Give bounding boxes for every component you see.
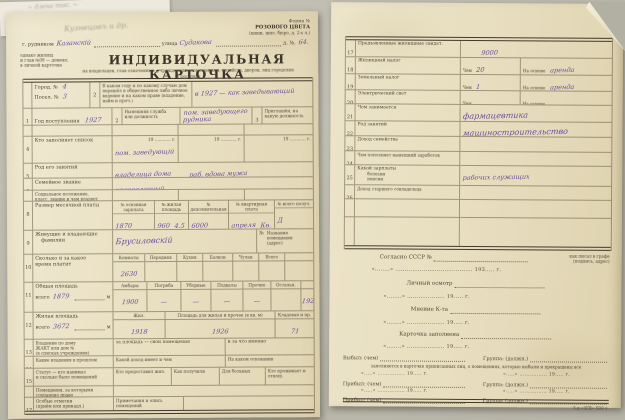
- side-note: однако жилищ и глав №09 — домовл. в личн…: [20, 52, 82, 67]
- field-label-cell: Электрический свет: [356, 90, 461, 104]
- field-label-cell: Помещения, за которыми сохранено право: [34, 386, 114, 396]
- row-number-cell: 21: [346, 104, 356, 120]
- handwritten-value: Брусиловскій: [115, 236, 173, 247]
- field-label-cell: и за что именно: [226, 338, 314, 354]
- handwritten-value: пом. заведующего рудника: [183, 108, 251, 124]
- payment-col: № квартирная плата апреля Кв.: [229, 200, 275, 228]
- row-number-cell: [345, 199, 355, 216]
- field-label-cell: Земельный налог: [356, 74, 461, 90]
- payment-col: № всего получ. Д: [275, 200, 313, 228]
- year-entered-cell: Год поступления 1927: [32, 108, 112, 124]
- city-settlement-cell: Город. №4 Посел. №3: [32, 82, 90, 107]
- movement-note: заполняется в карточке приписанных лиц, …: [343, 363, 609, 370]
- table-row: 11 Общая площадь всего 1879 м Амбары Пог…: [24, 281, 313, 313]
- row-number-cell: 23: [345, 136, 355, 150]
- scanned-document-scene: ~ длена тыс. ~ Кузнецовъ и др. г. рудник…: [0, 0, 625, 420]
- row-number-cell: 17: [25, 398, 34, 411]
- handwritten-value: 1: [476, 84, 481, 90]
- handwritten-cell: православный: [113, 177, 313, 189]
- handwritten-value: 1927: [84, 117, 101, 125]
- committee-opinion-line: Мнение К-та: [343, 306, 609, 315]
- table-row: 15 Статус — кто нанимал и сколько было п…: [25, 367, 314, 387]
- row-number-cell: 8: [24, 202, 33, 230]
- handwritten-value: фармацевтика: [463, 112, 529, 122]
- empty-cell: [355, 199, 460, 217]
- handwritten-value: аренда: [550, 84, 575, 91]
- info-column-cell: 19 ............ г.: [245, 135, 313, 161]
- handwritten-value: Д: [277, 217, 283, 224]
- handwritten-cell: пом. заведующего рудника: [180, 108, 252, 124]
- handwritten-value: 20: [476, 67, 485, 74]
- column-header: СВЕДЕНИЯ: [179, 125, 245, 135]
- signature-section: Согласно СССР № как писал в графе (подпи…: [343, 254, 610, 406]
- handwritten-value: аренда: [550, 67, 575, 75]
- area-subtable: Амбары Погреба Уборные Подвалы Прочие Ос…: [113, 281, 313, 311]
- handwritten-value: 960: [157, 223, 170, 229]
- field-label-cell: Чем пополняет нынешний заработок: [355, 151, 460, 165]
- table-row: 18 Жилищный налог Чем 20 На основе аренд…: [346, 57, 612, 76]
- row-number-cell: 6: [24, 179, 33, 190]
- handwritten-value: 1870: [115, 223, 132, 230]
- handwritten-cell: Брусиловскій: [113, 230, 257, 254]
- handwritten-value: 1926: [212, 328, 229, 336]
- date-blank: «.....» ................ 19..... г.: [361, 371, 428, 376]
- signature-note: как писал в графе (подпись, адрес): [540, 253, 610, 263]
- field-label-cell: Какой зарплаты болезни пенсии: [355, 165, 460, 185]
- column-header: Кто предоставил жил.: [114, 368, 172, 385]
- field-label-cell: Социальное положение, класс, звание и че…: [33, 190, 113, 200]
- row-number-cell: 11: [24, 283, 33, 312]
- card-page-back: 17 Предъявленные жилищные свидет. 9000 1…: [329, 2, 623, 408]
- empty-cell: [114, 385, 314, 396]
- table-row: 23 Доход семейства: [345, 136, 611, 153]
- payment-col: № основная зарплата 1870: [113, 201, 155, 229]
- row-number-cell: 2: [90, 82, 100, 107]
- row-number-cell: 3: [252, 107, 262, 123]
- handwritten-value: 1918: [131, 329, 148, 337]
- printer-mark: З-д «ЗГВ» 500 т.: [573, 406, 609, 411]
- field-label: Год поступления: [34, 118, 79, 124]
- column-header: Как получили: [172, 368, 220, 385]
- ussr-agree-line: Согласно СССР №: [380, 254, 530, 262]
- row-number-cell: 18: [346, 57, 356, 73]
- table-row: 25 Какой зарплаты болезни пенсии рабочих…: [345, 165, 611, 187]
- house-label: д. №.: [283, 40, 296, 46]
- field-label-cell: Статус — кто нанимал и сколько было поме…: [34, 368, 114, 385]
- table-row: 4 Кто заполняет список 19 ............ г…: [24, 135, 313, 164]
- table-row: 17 Предъявленные жилищные свидет. 9000: [346, 40, 612, 59]
- pencil-scribble: Кузнецовъ и др.: [64, 21, 129, 34]
- handwritten-cell: машиностроительство: [460, 122, 611, 137]
- field-label-cell: Доход семейства: [355, 136, 460, 151]
- field-label-cell: за площадь — свои помещения: [114, 339, 226, 356]
- handwritten-value: 1926: [301, 298, 313, 306]
- table-row: 12 Жилая площадь всего 3672 м Жил. Площа…: [25, 311, 314, 340]
- field-label-cell: Доход старшего совладельца: [355, 185, 460, 199]
- handwritten-value: 4: [62, 83, 67, 90]
- date-blank: «.....» ................ 19..... г.: [503, 372, 570, 377]
- living-subtable: Жил. Площадь для жилья и прочее (в кв. м…: [114, 311, 314, 338]
- row-number-cell: [345, 217, 355, 245]
- handwritten-cell: 9000: [461, 41, 612, 58]
- field-label-cell: Общая площадь всего 1879 м: [33, 282, 113, 311]
- field-label: Посел. №: [34, 95, 58, 101]
- field-label-cell: Особые отметки (приём или принадл.): [34, 397, 114, 410]
- dotted-leader: [94, 40, 160, 47]
- departed-line: Выбыл: (чем): [343, 354, 467, 362]
- value-cell: На основе аренда: [521, 75, 612, 91]
- payment-col: № жилая площадь 960 4.5: [155, 201, 189, 229]
- row-number-cell: 22: [345, 121, 355, 135]
- back-table: 17 Предъявленные жилищные свидет. 9000 1…: [344, 36, 613, 251]
- handwritten-value: 6000: [191, 222, 208, 229]
- date-blank: «........» .................... 19..... …: [383, 319, 470, 326]
- handwritten-value: пом. заведующій: [115, 148, 175, 157]
- card-page-front: Кузнецовъ и др. г. рудником Казанскій ул…: [6, 11, 320, 419]
- dotted-leader: [216, 40, 282, 47]
- header-line: г. рудником Казанскій улица Судакова д. …: [22, 39, 310, 48]
- sub-note-cell: № Название помещения (адрес): [257, 229, 313, 252]
- handwritten-value: 1900: [122, 299, 139, 307]
- handwritten-value: 3672: [53, 323, 70, 331]
- date-blank: «........» .................... 19..... …: [383, 343, 470, 350]
- field-label-cell: Приглашён, на какую должность: [262, 107, 312, 123]
- field-label-cell: Род его занятий: [33, 163, 113, 177]
- empty-cell: [460, 152, 611, 166]
- form-number-box: Форма № РОЗОВОГО ЦВЕТА (книж. жил. бюро,…: [224, 19, 310, 36]
- row-number-cell: 1: [23, 109, 32, 125]
- payment-col: № дополнительная 6000: [189, 201, 229, 229]
- field-label-cell: Предъявленные жилищные свидет.: [356, 40, 461, 57]
- rooms-subtable: Комнаты Передняя Кухня Балкон Чулан Всег…: [113, 253, 313, 281]
- empty-cell: [184, 396, 314, 410]
- value-cell: На основе: [521, 91, 612, 105]
- card-filled-line: Карточка заполнена: [343, 331, 609, 340]
- table-row: 21 Чем занимается фармацевтика: [346, 104, 612, 123]
- field-label-cell: Семейное звание: [33, 178, 113, 189]
- handwritten-value: православный: [115, 186, 165, 190]
- empty-cell: [179, 190, 245, 200]
- field-label: найм и проч.): [102, 98, 189, 103]
- handwritten-cell: фармацевтика: [461, 105, 612, 122]
- handwritten-value: владелица дома: [115, 170, 172, 177]
- field-label-cell: Примечания и опись помещений: [114, 397, 184, 410]
- field-label-cell: Размер месячной платы: [33, 201, 113, 229]
- table-row: 10 Сколько и за какое время платит Комна…: [24, 253, 313, 283]
- table-row: 1 Год поступления 1927 2 Нынешняя служба…: [23, 107, 312, 126]
- row-number-cell: 26: [345, 185, 355, 198]
- handwritten-value: 9000: [481, 50, 498, 57]
- handwritten-value: 2630: [121, 271, 138, 279]
- row-number-cell: 24: [345, 151, 355, 164]
- field-label: какую должность: [264, 113, 310, 118]
- row-number-cell: 15: [25, 369, 34, 386]
- table-row: 5 Род его занятий владелица дома раб. вд…: [24, 162, 313, 179]
- handwritten-value: 3: [63, 94, 68, 101]
- table-row: 9 Живущие и владеющие фамилии Брусиловск…: [24, 229, 313, 255]
- row-number-cell: 16: [25, 387, 34, 397]
- street-label: улица: [162, 41, 178, 47]
- field-label-cell: Жилищный налог: [356, 57, 461, 74]
- field-label-cell: В каком году и по какому случаю дом пере…: [100, 82, 192, 107]
- handwritten-value: 71: [290, 328, 299, 335]
- row-number-cell: 9: [24, 231, 33, 254]
- column-header: Кто проживает и отнош.: [266, 367, 314, 384]
- handwritten-value: апреля: [231, 222, 256, 229]
- handwritten-value: раб. вдова мужа: [189, 170, 248, 177]
- handwritten-cell: в 1927 — как заведывающий клуба конторы: [192, 81, 312, 107]
- group-line: Группа: (должн.): [483, 355, 609, 363]
- handwritten-value: 4.5: [174, 223, 185, 229]
- table-row: Город. №4 Посел. №3 2 В каком году и по …: [23, 81, 312, 109]
- date-blank: «........» .................... 19..... …: [383, 293, 470, 300]
- table-row: 8 Размер месячной платы № основная зарпл…: [24, 200, 313, 231]
- city-value-handwritten: Казанскій: [56, 39, 91, 47]
- row-number-cell: 12: [25, 313, 34, 339]
- handwritten-value: 1879: [53, 293, 70, 301]
- row-number-cell: 25: [345, 165, 355, 184]
- row-number-cell: [24, 126, 33, 136]
- date-blank: «........» .............................…: [372, 266, 502, 273]
- field-label-cell: Чем занимается: [356, 104, 461, 121]
- row-number-cell: 19: [346, 74, 356, 89]
- empty-cell: [460, 137, 611, 152]
- empty-cell: [33, 125, 113, 135]
- empty-cell: [245, 189, 313, 199]
- table-row: 19 Земельный налог Чем 1 На основе аренд…: [346, 74, 612, 92]
- value-cell: Чем 20: [461, 58, 521, 74]
- house-value-handwritten: 64.: [298, 39, 309, 46]
- pencil-scribble-back: ~ длена тыс. ~: [28, 1, 79, 11]
- table-row: 17 Особые отметки (приём или принадл.) П…: [25, 396, 314, 411]
- value-cell: Чем: [461, 91, 521, 104]
- row-number-cell: 4: [24, 137, 33, 163]
- info-column-cell: 19 ............ г.: [179, 136, 245, 162]
- field-label-cell: Кто заполняет список: [33, 136, 113, 162]
- info-column-cell: 19 ............ г. пом. заведующій: [113, 136, 179, 162]
- field-label-cell: Какой доход имеет и чем: [114, 356, 226, 368]
- field-label-cell: Владение по дому ЖАКТ или дом № (в списк…: [34, 339, 114, 355]
- row-number-cell: [23, 83, 32, 108]
- date-blank: «.....» ................ 19..... г.: [361, 388, 428, 393]
- front-table: Город. №4 Посел. №3 2 В каком году и по …: [22, 77, 315, 415]
- table-row: 13 Владение по дому ЖАКТ или дом № (в сп…: [25, 338, 314, 357]
- value-cell: На основе аренда: [521, 58, 612, 75]
- field-label-cell: Род занятий: [355, 121, 460, 136]
- field-label-cell: Нынешняя служба или должность: [122, 108, 180, 124]
- form-no-line3: (книж. жил. бюро, д. 2-х л.): [224, 31, 310, 36]
- field-label-cell: На каком основании: [226, 355, 314, 366]
- field-label: Город. №: [34, 85, 58, 91]
- row-number-cell: 2: [112, 108, 122, 124]
- row-number-cell: 17: [346, 40, 356, 56]
- handwritten-value: машиностроительство: [462, 128, 568, 137]
- column-header: СВЕДЕНИЯ: [113, 125, 179, 135]
- handwritten-value: в 1927 — как заведывающий: [194, 88, 294, 98]
- year-blank: 19 ............ г.: [247, 136, 311, 141]
- field-label-cell: Сколько и за какое время платит: [33, 254, 113, 281]
- table-row: 22 Род занятий машиностроительство: [345, 121, 611, 138]
- row-number-cell: 20: [346, 90, 356, 103]
- row-number-cell: 13: [25, 340, 34, 356]
- street-value-handwritten: Судакова: [179, 39, 212, 47]
- table-row: [345, 217, 611, 247]
- handwritten-value: Кв.: [260, 222, 272, 229]
- empty-cell: [460, 218, 611, 247]
- field-label-cell: Живущие и владеющие фамилии: [33, 230, 113, 253]
- field-label-cell: Какие владения в прошлом: [34, 356, 114, 367]
- group-line: Группа: (должн.): [483, 381, 609, 389]
- year-blank: 19 ............ г.: [115, 137, 176, 142]
- personal-inspection-line: Личный осмотр: [343, 280, 609, 289]
- city-label: г. рудником: [22, 42, 54, 48]
- date-blank: «.....» ................ 19..... г.: [503, 389, 570, 394]
- field-label-cell: Жилая площадь всего 3672 м: [34, 312, 114, 338]
- handwritten-value: рабочих служащих: [462, 174, 530, 182]
- handwritten-cell: владелица дома раб. вдова мужа: [113, 162, 313, 177]
- empty-cell: [113, 190, 179, 200]
- row-number-cell: 10: [24, 255, 33, 282]
- table-row: [345, 199, 611, 219]
- empty-cell: [460, 200, 611, 218]
- field-label: или должность: [124, 114, 177, 119]
- value-cell: Чем 1: [461, 75, 521, 90]
- row-number-cell: 5: [24, 164, 33, 178]
- arrived-line: Прибыл: (чем): [343, 380, 467, 388]
- empty-cell: [355, 217, 460, 246]
- row-number-cell: 7: [24, 191, 33, 201]
- row-number-cell: 14: [25, 357, 34, 368]
- side-note-line3: в личной карточке: [20, 62, 82, 67]
- column-header: СВЕДЕНИЯ: [245, 124, 313, 134]
- column-header: Для больных: [220, 367, 266, 384]
- year-blank: 19 ............ г.: [181, 137, 242, 142]
- handwritten-cell: рабочих служащих: [460, 166, 611, 186]
- empty-cell: [460, 186, 611, 200]
